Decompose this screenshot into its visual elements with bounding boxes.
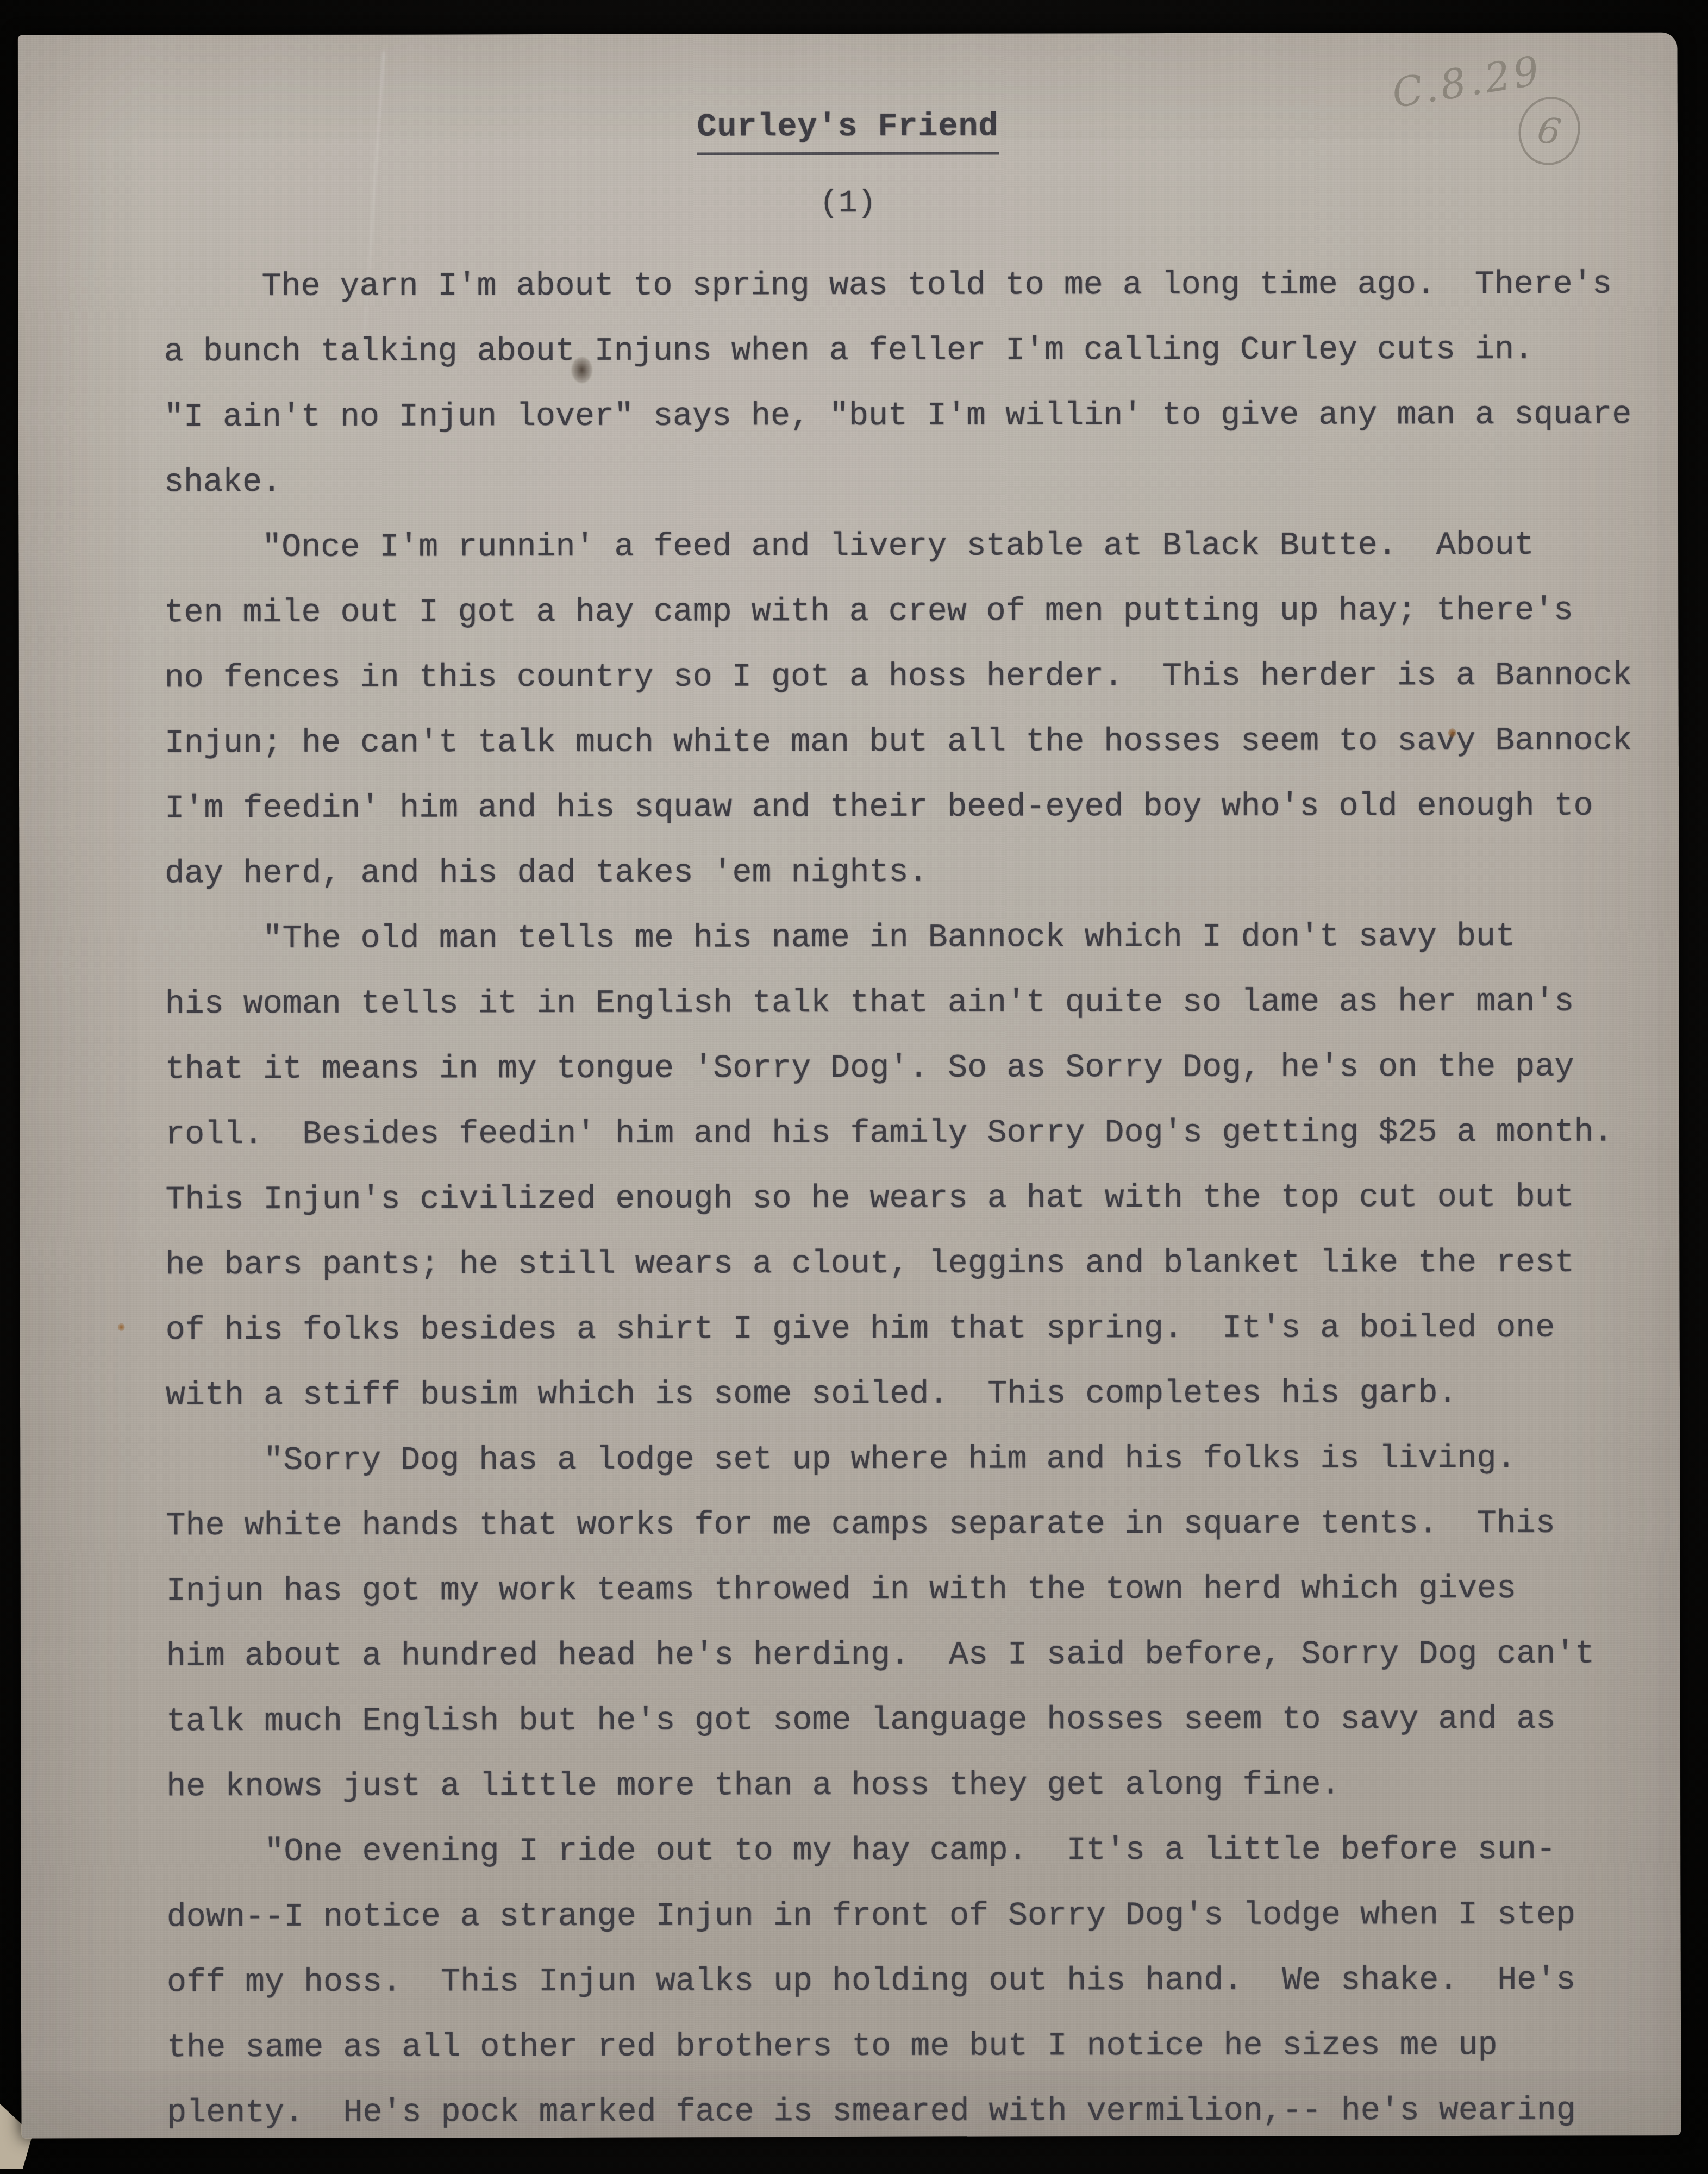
- typewritten-line: his woman tells it in English talk that …: [165, 969, 1654, 1037]
- typewritten-line: "The old man tells me his name in Bannoc…: [165, 904, 1654, 972]
- typewritten-line: he bars pants; he still wears a clout, l…: [165, 1230, 1654, 1298]
- typewritten-line: I'm feedin' him and his squaw and their …: [165, 773, 1654, 841]
- typewritten-line: Injun; he can't talk much white man but …: [165, 708, 1654, 776]
- rust-stain-small: [118, 1323, 125, 1331]
- typewritten-line: the same as all other red brothers to me…: [167, 2013, 1656, 2081]
- typewritten-line: "Sorry Dog has a lodge set up where him …: [166, 1426, 1655, 1494]
- typewritten-line: off my hoss. This Injun walks up holding…: [167, 1947, 1656, 2015]
- typewritten-line: no fences in this country so I got a hos…: [165, 643, 1654, 711]
- typewritten-line: The yarn I'm about to spring was told to…: [164, 252, 1653, 320]
- typewritten-line: that it means in my tongue 'Sorry Dog'. …: [165, 1034, 1654, 1102]
- ink-smudge: [572, 357, 592, 383]
- document-title-text: Curley's Friend: [697, 109, 998, 155]
- manuscript-page: C.8.29 6 Curley's Friend (1) The yarn I'…: [18, 32, 1681, 2138]
- archival-code-annotation: C.8.29: [1389, 47, 1546, 117]
- typewritten-line: with a stiff busim which is some soiled.…: [166, 1360, 1655, 1428]
- typewritten-line: shake.: [164, 447, 1653, 515]
- scan-background: C.8.29 6 Curley's Friend (1) The yarn I'…: [0, 0, 1708, 2174]
- typewritten-line: talk much English but he's got some lang…: [166, 1686, 1655, 1754]
- typewritten-line: a bunch talking about Injuns when a fell…: [164, 317, 1653, 385]
- document-title: Curley's Friend: [18, 107, 1678, 156]
- typewritten-line: "One evening I ride out to my hay camp. …: [166, 1817, 1655, 1885]
- typewritten-line: "I ain't no Injun lover" says he, "but I…: [164, 382, 1653, 450]
- typewritten-line: plenty. He's pock marked face is smeared…: [167, 2078, 1656, 2146]
- typewritten-text-block: The yarn I'm about to spring was told to…: [164, 252, 1656, 2146]
- typewritten-line: of his folks besides a shirt I give him …: [166, 1295, 1655, 1363]
- typewritten-line: "Once I'm runnin' a feed and livery stab…: [164, 513, 1653, 580]
- page-number: (1): [18, 184, 1678, 222]
- typewritten-line: ten mile out I got a hay camp with a cre…: [164, 578, 1653, 646]
- typewritten-line: Injun has got my work teams throwed in w…: [166, 1556, 1655, 1624]
- rust-stain: [1448, 728, 1456, 738]
- typewritten-line: This Injun's civilized enough so he wear…: [165, 1165, 1654, 1233]
- typewritten-line: down--I notice a strange Injun in front …: [167, 1882, 1656, 1950]
- typewritten-line: him about a hundred head he's herding. A…: [166, 1621, 1655, 1689]
- typewritten-line: he knows just a little more than a hoss …: [166, 1752, 1655, 1820]
- typewritten-line: The white hands that works for me camps …: [166, 1491, 1655, 1559]
- typewritten-line: roll. Besides feedin' him and his family…: [165, 1100, 1654, 1167]
- typewritten-line: day herd, and his dad takes 'em nights.: [165, 839, 1654, 907]
